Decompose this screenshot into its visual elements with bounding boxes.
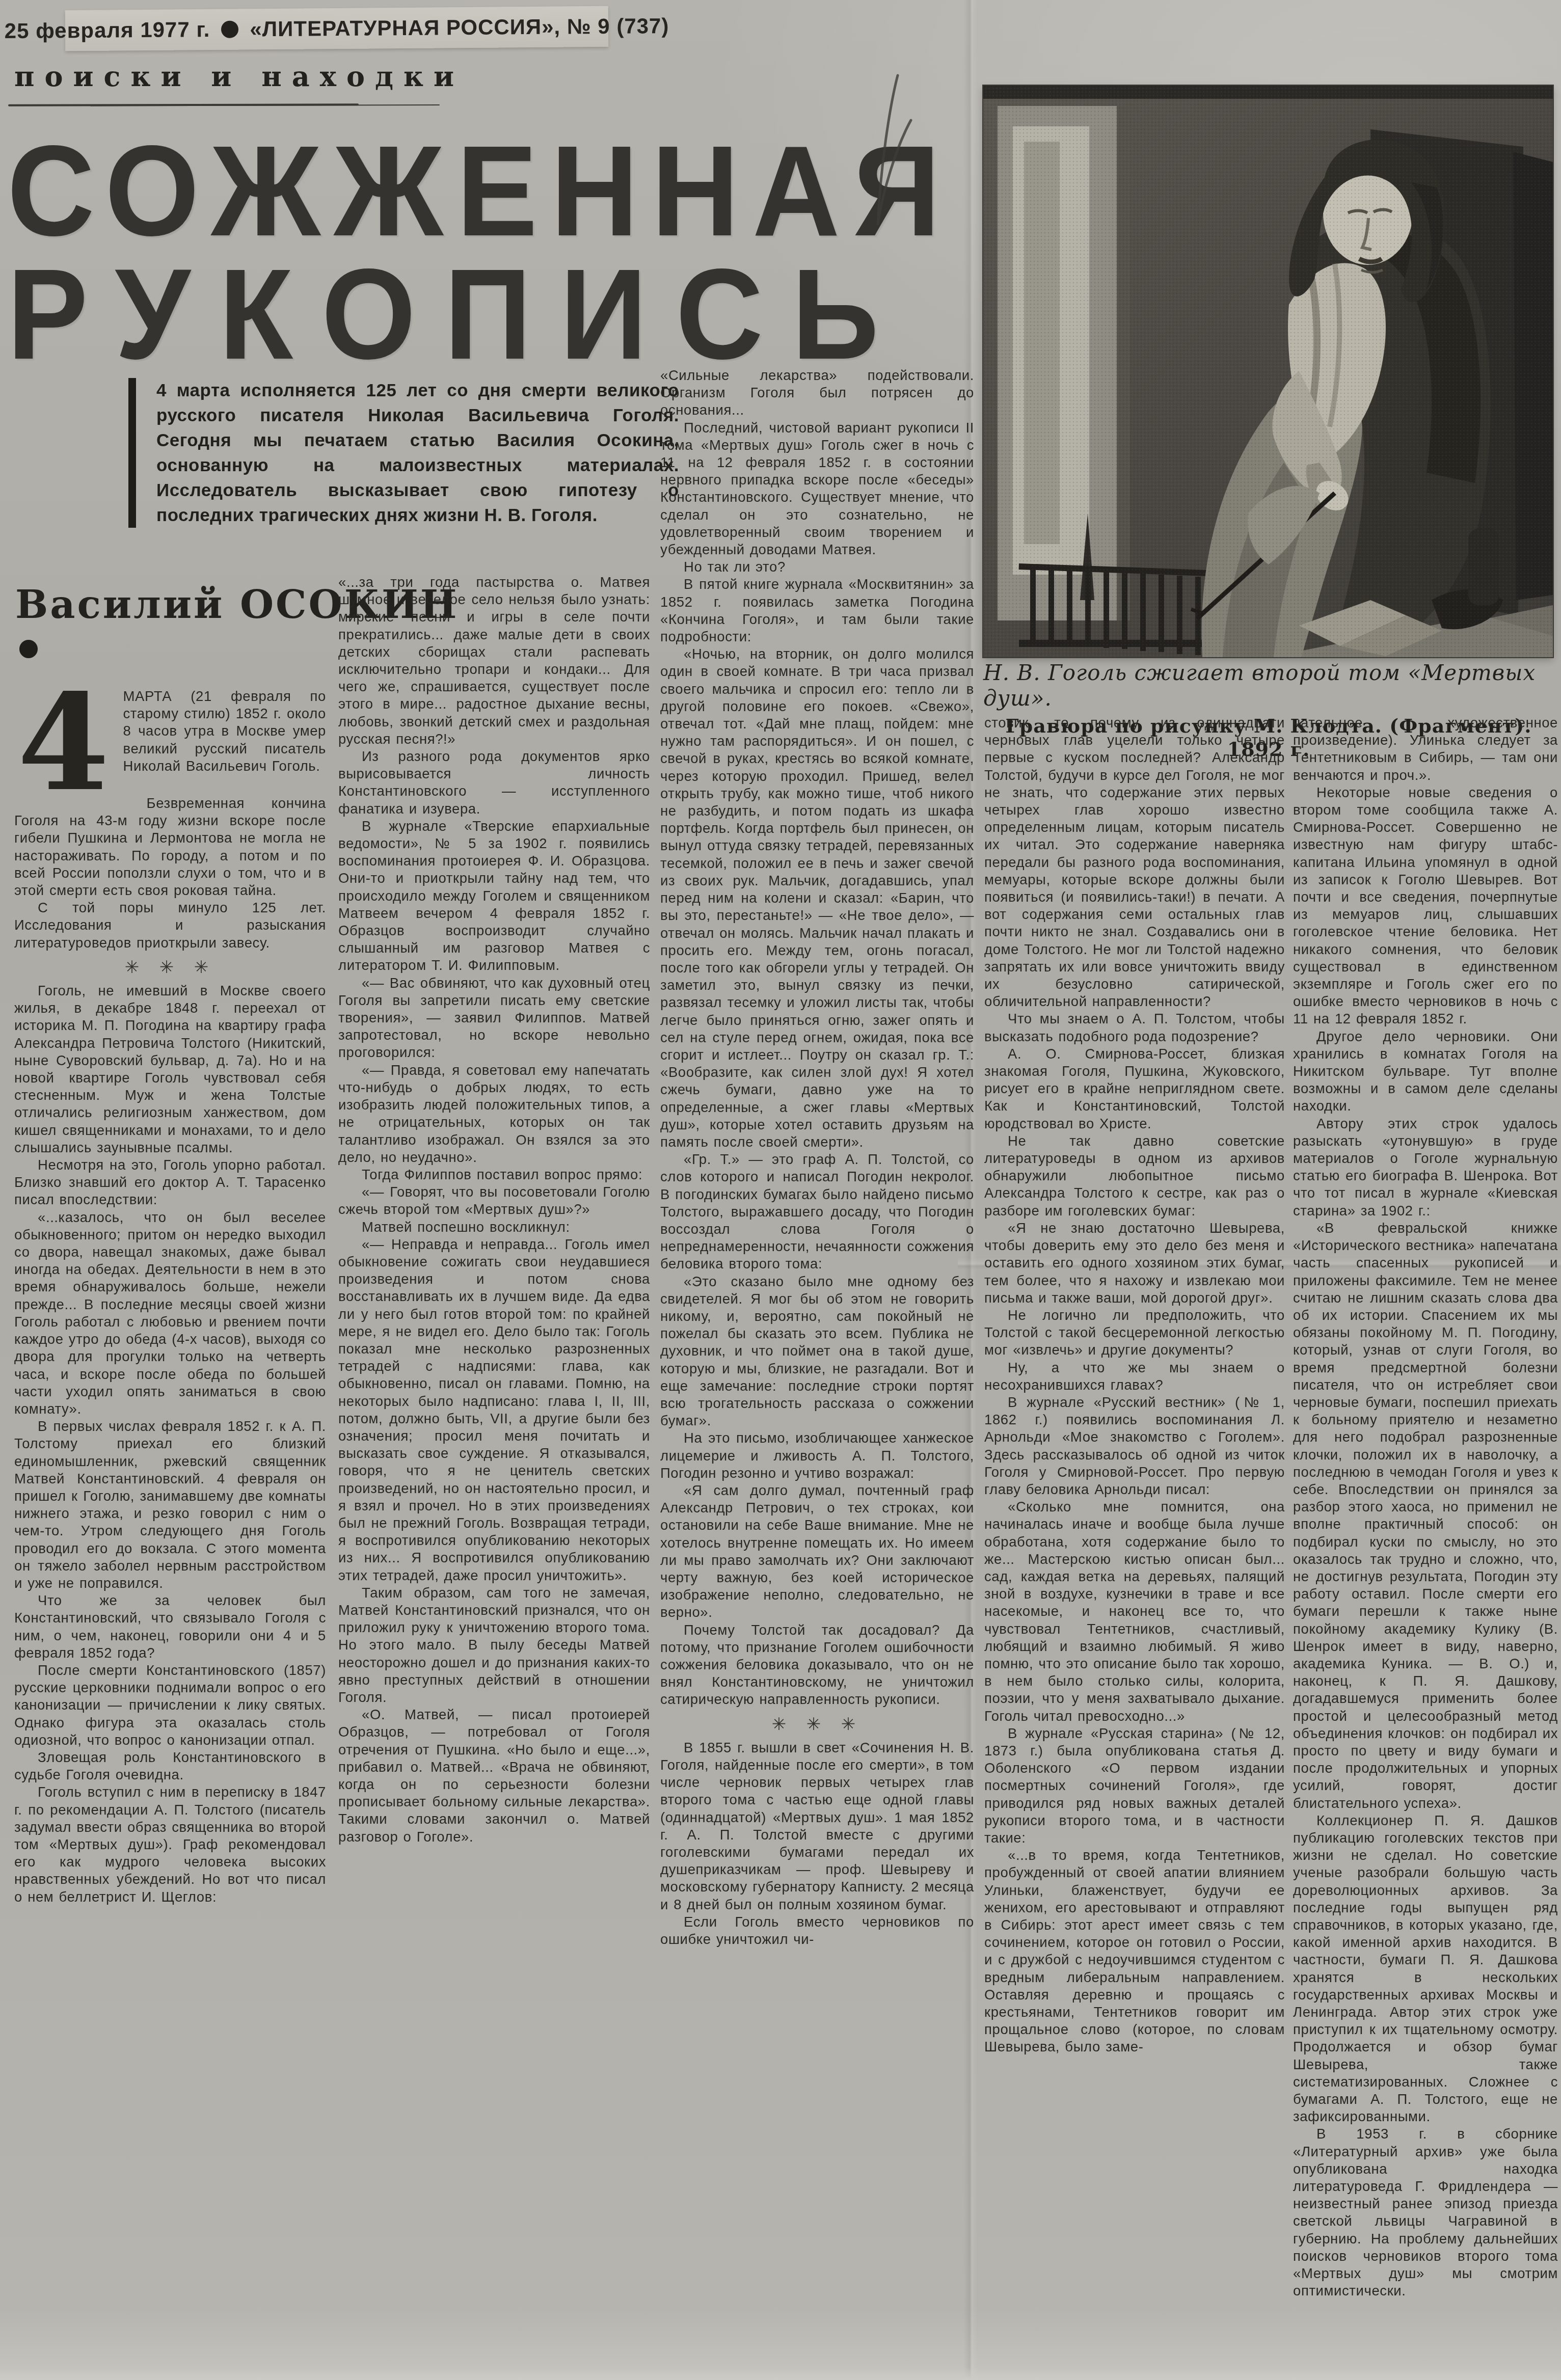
article-paragraph: «— Правда, я советовал ему напечатать чт… xyxy=(338,1062,650,1166)
article-paragraph: «Сильные лекарства» подействовали. Орган… xyxy=(660,367,974,419)
masthead: 25 февраля 1977 г. «ЛИТЕРАТУРНАЯ РОССИЯ»… xyxy=(65,6,609,51)
article-paragraph: Что мы знаем о А. П. Толстом, чтобы выск… xyxy=(984,1010,1285,1045)
headline-line-1: СОЖЖЕННАЯ xyxy=(7,127,924,256)
column-1-paragraphs: Безвременная кончина Гоголя на 43-м году… xyxy=(14,795,326,1906)
headline-line-2: РУКОПИСЬ xyxy=(7,251,924,379)
opening-text: МАРТА (21 февраля по старому стилю) 1852… xyxy=(123,688,326,774)
article-paragraph: Не логично ли предположить, что Толстой … xyxy=(984,1307,1285,1359)
article-paragraph: Таким образом, сам того не замечая, Матв… xyxy=(338,1584,650,1706)
article-paragraph: «...в то время, когда Тентетников, пробу… xyxy=(984,1847,1285,2056)
article-paragraph: Коллекционер П. Я. Дашков публикацию гог… xyxy=(1293,1812,1558,2126)
lead-paragraph: 4 марта исполняется 125 лет со дня смерт… xyxy=(128,378,679,528)
article-paragraph: «Это сказано было мне одному без свидете… xyxy=(660,1273,974,1430)
article-paragraph: Несмотря на это, Гоголь упорно работал. … xyxy=(14,1156,326,1209)
rubric-label: поиски и находки xyxy=(14,60,464,93)
scan-bottom-edge xyxy=(0,2367,1561,2380)
article-paragraph: «— Говорят, что вы посоветовали Гоголю с… xyxy=(338,1183,650,1218)
engraving-art xyxy=(983,86,1553,657)
article-paragraph: В первых числах февраля 1852 г. к А. П. … xyxy=(14,1418,326,1592)
article-paragraph: «Я сам долго думал, почтенный граф Алекс… xyxy=(660,1482,974,1621)
article-paragraph: Другое дело черновики. Они хранились в к… xyxy=(1293,1028,1558,1115)
article-paragraph: В журнале «Русская старина» (№ 12, 1873 … xyxy=(984,1725,1285,1847)
article-paragraph: В пятой книге журнала «Москвитянин» за 1… xyxy=(660,576,974,645)
author-bullet-icon xyxy=(19,640,38,658)
article-paragraph: Но так ли это? xyxy=(660,558,974,576)
pen-checkmark-icon xyxy=(849,71,915,239)
article-paragraph: В 1953 г. в сборнике «Литературный архив… xyxy=(1293,2125,1558,2300)
article-paragraph: «...за три года пастырства о. Матвея шум… xyxy=(338,574,650,748)
article-column-2: «...за три года пастырства о. Матвея шум… xyxy=(338,574,650,2372)
article-paragraph: стовик, то почему из одиннадцати черновы… xyxy=(984,714,1285,1010)
article-column-4: стовик, то почему из одиннадцати черновы… xyxy=(984,714,1285,2372)
article-paragraph: Если Гоголь вместо черновиков по ошибке … xyxy=(660,1913,974,1948)
article-paragraph: Не так давно советские литературоведы в … xyxy=(984,1132,1285,1220)
article-paragraph: Из разного рода документов ярко вырисовы… xyxy=(338,748,650,818)
opening-paragraph: 4МАРТА (21 февраля по старому стилю) 185… xyxy=(14,688,326,795)
article-paragraph: Последний, чистовой вариант рукописи II … xyxy=(660,419,974,559)
article-paragraph: В журнале «Русский вестник» (№ 1, 1862 г… xyxy=(984,1394,1285,1498)
article-paragraph: Тогда Филиппов поставил вопрос прямо: xyxy=(338,1166,650,1183)
article-paragraph: «В февральской книжке «Исторического вес… xyxy=(1293,1220,1558,1812)
caption-title: Н. В. Гоголь сжигает второй том «Мертвых… xyxy=(983,660,1554,711)
article-column-3: «Сильные лекарства» подействовали. Орган… xyxy=(660,367,974,2372)
bullet-icon xyxy=(221,21,238,38)
article-paragraph: «Гр. Т.» — это граф А. П. Толстой, со сл… xyxy=(660,1151,974,1273)
drop-cap: 4 xyxy=(14,688,123,795)
article-paragraph: «Ночью, на вторник, он долго молился оди… xyxy=(660,645,974,1151)
article-paragraph: «— Неправда и неправда... Гоголь имел об… xyxy=(338,1236,650,1584)
article-column-5: чательное художественное произведение). … xyxy=(1293,714,1558,2372)
article-paragraph: ✳ ✳ ✳ xyxy=(14,952,326,982)
article-paragraph: В 1855 г. вышли в свет «Сочинения Н. В. … xyxy=(660,1739,974,1913)
masthead-title: «ЛИТЕРАТУРНАЯ РОССИЯ», № 9 (737) xyxy=(250,14,669,41)
article-paragraph: «...казалось, что он был веселее обыкнов… xyxy=(14,1209,326,1418)
article-paragraph: «— Вас обвиняют, что как духовный отец Г… xyxy=(338,975,650,1062)
article-paragraph: «Сколько мне помнится, она начиналась ин… xyxy=(984,1498,1285,1725)
article-paragraph: чательное художественное произведение). … xyxy=(1293,714,1558,784)
article-paragraph: Ну, а что же мы знаем о несохранившихся … xyxy=(984,1359,1285,1394)
article-paragraph: Матвей поспешно воскликнул: xyxy=(338,1219,650,1236)
article-headline: СОЖЖЕННАЯ РУКОПИСЬ xyxy=(7,127,924,372)
article-paragraph: А. О. Смирнова-Россет, близкая знакомая … xyxy=(984,1045,1285,1132)
article-paragraph: На это письмо, изобличающее ханжеское ли… xyxy=(660,1429,974,1482)
article-paragraph: С той поры минуло 125 лет. Исследования … xyxy=(14,899,326,952)
newspaper-page: 25 февраля 1977 г. «ЛИТЕРАТУРНАЯ РОССИЯ»… xyxy=(0,0,1561,2380)
article-paragraph: В журнале «Тверские епархиальные ведомос… xyxy=(338,818,650,975)
rubric-underline xyxy=(8,103,359,106)
article-paragraph: Что же за человек был Константиновский, … xyxy=(14,1592,326,1662)
article-paragraph: Почему Толстой так досадовал? Да потому,… xyxy=(660,1621,974,1709)
article-paragraph: «Я не знаю достаточно Шевырева, чтобы до… xyxy=(984,1220,1285,1307)
article-paragraph: ✳ ✳ ✳ xyxy=(660,1709,974,1739)
article-paragraph: После смерти Константиновского (1857) ру… xyxy=(14,1662,326,1749)
article-paragraph: Гоголь вступил с ним в переписку в 1847 … xyxy=(14,1783,326,1905)
article-column-1: 4МАРТА (21 февраля по старому стилю) 185… xyxy=(14,688,326,2369)
article-paragraph: «О. Матвей, — писал протоиерей Образцов,… xyxy=(338,1706,650,1846)
article-paragraph: Некоторые новые сведения о втором томе с… xyxy=(1293,784,1558,1028)
article-paragraph: Гоголь, не имевший в Москве своего жилья… xyxy=(14,982,326,1156)
masthead-date: 25 февраля 1977 г. xyxy=(4,17,210,43)
article-paragraph: Зловещая роль Константиновского в судьбе… xyxy=(14,1749,326,1783)
engraving-gogol-burning-manuscript xyxy=(983,86,1553,657)
article-paragraph: Автору этих строк удалось разыскать «уто… xyxy=(1293,1115,1558,1220)
